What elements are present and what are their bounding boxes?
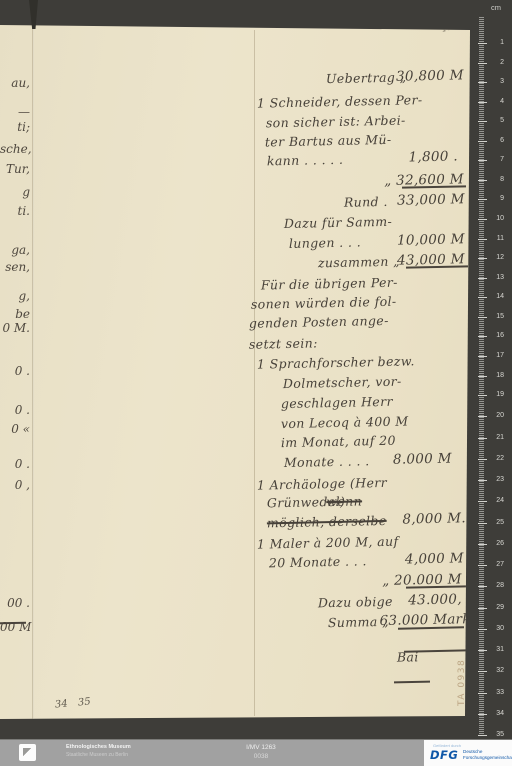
manuscript-line-text: im Monat, auf 20 (281, 433, 396, 450)
ruler-cm-number: 13 (487, 274, 504, 281)
ruler-cm-number: 3 (487, 78, 504, 85)
manuscript-line-text: Rund . (344, 194, 388, 210)
ruler-cm-tick (478, 102, 487, 103)
manuscript-line-text: 1 Maler à 200 M, auf (257, 534, 399, 552)
ruler-cm-tick (478, 416, 487, 417)
manuscript-line-text: Dazu für Samm- (284, 214, 393, 231)
ruler-cm-number: 21 (487, 434, 504, 441)
ruler-cm-tick (478, 544, 487, 545)
manuscript-struck-text: möglich, derselbe (267, 513, 387, 531)
footer-bar: Ethnologisches Museum Staatliche Museen … (0, 739, 512, 766)
ruler-cm-number: 1 (487, 39, 504, 46)
ruler-cm-tick (478, 356, 487, 357)
ruler-cm-tick (478, 459, 487, 460)
dfg-abbr: DFG (430, 748, 458, 762)
ruler-cm-tick (478, 199, 487, 200)
ruler-cm-number: 34 (487, 710, 504, 717)
manuscript-line-text: Uebertrag „ (326, 69, 407, 86)
manuscript-line-text: son sicher ist: Arbei- (266, 113, 406, 131)
manuscript-amount: 43.000, (408, 591, 462, 608)
ruler-cm-number: 8 (487, 176, 504, 183)
manuscript-amount: 8,000 M. (402, 510, 466, 527)
ruler-cm-tick (478, 565, 487, 566)
ruler-cm-tick (478, 63, 487, 64)
ruler-cm-tick (478, 693, 487, 694)
ruler-cm-number: 6 (487, 137, 504, 144)
ruler-cm-number: 23 (487, 476, 504, 483)
ruler-cm-tick (478, 438, 487, 439)
ruler-cm-number: 12 (487, 254, 504, 261)
ruler-cm-number: 32 (487, 667, 504, 674)
ruler-cm-tick (478, 160, 487, 161)
manuscript-line-text: 1 Archäologe (Herr (257, 475, 387, 493)
ruler-cm-tick (478, 629, 487, 630)
ruler-cm-number: 27 (487, 561, 504, 568)
ruler-cm-number: 19 (487, 391, 504, 398)
ruler-cm-tick (478, 735, 487, 736)
manuscript-line-text: kann . . . . . (267, 152, 344, 169)
ruler-cm-tick (478, 121, 487, 122)
manuscript-line-text: von Lecoq à 400 M (281, 413, 409, 431)
cm-ruler: cm 1234567891011121314151617181920212223… (478, 0, 512, 740)
pencil-page-number-right: 35 (77, 696, 91, 708)
manuscript-line-text: 1 Schneider, dessen Per- (257, 92, 423, 110)
folio-number-pencil: 19. (440, 20, 458, 35)
ruler-cm-number: 18 (487, 372, 504, 379)
manuscript-amount: 4,000 M (405, 550, 464, 567)
ruler-cm-number: 9 (487, 195, 504, 202)
binding-notch (29, 0, 38, 29)
manuscript-amount: 10,000 M (397, 231, 465, 248)
ruler-cm-tick (478, 82, 487, 83)
ruler-cm-tick (478, 523, 487, 524)
ruler-cm-number: 35 (487, 731, 504, 738)
manuscript-line-text: genden Posten ange- (249, 313, 389, 331)
scan-viewport: au,—ti;sche,Tur,gti.ga,sen,g,be0 M.0 .0 … (0, 0, 512, 766)
ruler-cm-tick (478, 714, 487, 715)
manuscript-page: au,—ti;sche,Tur,gti.ga,sen,g,be0 M.0 .0 … (0, 0, 512, 740)
manuscript-line-text: setzt sein: (249, 335, 318, 351)
ruler-cm-tick (478, 608, 487, 609)
ruler-cm-number: 10 (487, 215, 504, 222)
ruler-cm-number: 22 (487, 455, 504, 462)
manuscript-line-text: sonen würden die fol- (251, 294, 397, 312)
manuscript-line-text: geschlagen Herr (281, 394, 393, 411)
ruler-cm-tick (478, 297, 487, 298)
ruler-cm-number: 28 (487, 582, 504, 589)
ruler-cm-tick (478, 480, 487, 481)
manuscript-line-text: ter Bartus aus Mü- (265, 132, 392, 150)
ruler-cm-tick (478, 219, 487, 220)
ruler-cm-number: 5 (487, 117, 504, 124)
ruler-cm-number: 26 (487, 540, 504, 547)
manuscript-amount: 1,800 . (408, 148, 458, 165)
ruler-cm-number: 24 (487, 497, 504, 504)
dfg-logo: Gefördert durch DFG Deutsche Forschungsg… (424, 740, 512, 766)
manuscript-struck-text: wenn (326, 493, 362, 509)
ruler-cm-tick (478, 278, 487, 279)
ruler-cm-tick (478, 180, 487, 181)
ruler-cm-tick (478, 395, 487, 396)
ruler-cm-number: 11 (487, 235, 504, 242)
ruler-cm-tick (478, 336, 487, 337)
archive-number-vertical: TA 0938 (457, 659, 467, 706)
ruler-cm-number: 2 (487, 59, 504, 66)
ruler-cm-number: 20 (487, 412, 504, 419)
ruler-unit-label: cm (491, 3, 501, 12)
ruler-cm-number: 33 (487, 689, 504, 696)
dfg-full-name: Deutsche Forschungsgemeinschaft (463, 749, 512, 761)
pencil-page-number-left: 34 (54, 698, 68, 710)
manuscript-amount: 30,800 M (396, 67, 464, 84)
manuscript-line: Bai (0, 648, 470, 678)
ruler-cm-tick (478, 43, 487, 44)
manuscript-line-text: Dolmetscher, vor- (283, 374, 402, 391)
ruler-cm-tick (478, 501, 487, 502)
manuscript-line-text: zusammen „ (318, 254, 400, 271)
manuscript-line-text: Monate . . . . (284, 453, 370, 470)
manuscript-line-text: 1 Sprachforscher bezw. (257, 353, 415, 371)
ruler-cm-tick (478, 671, 487, 672)
ruler-cm-number: 4 (487, 98, 504, 105)
ruler-cm-number: 31 (487, 646, 504, 653)
ruler-cm-number: 14 (487, 293, 504, 300)
ruler-cm-tick (478, 317, 487, 318)
dfg-name-line2: Forschungsgemeinschaft (463, 755, 512, 761)
manuscript-line-text: Für die übrigen Per- (261, 275, 398, 293)
ruler-cm-tick (478, 239, 487, 240)
ruler-cm-number: 7 (487, 156, 504, 163)
manuscript-line-text: lungen . . . (289, 234, 362, 251)
ruler-cm-tick (478, 258, 487, 259)
ruler-cm-tick (478, 141, 487, 142)
ruler-cm-tick (478, 650, 487, 651)
ruler-cm-number: 16 (487, 332, 504, 339)
ruler-cm-number: 15 (487, 313, 504, 320)
ruler-cm-tick (478, 376, 487, 377)
manuscript-amount: 8.000 M (393, 451, 452, 468)
ruler-cm-number: 17 (487, 352, 504, 359)
ruler-cm-number: 25 (487, 519, 504, 526)
manuscript-line-text: 20 Monate . . . (269, 553, 367, 570)
ruler-cm-tick (478, 586, 487, 587)
manuscript-line-text: Dazu obige (318, 594, 393, 611)
ruler-cm-number: 29 (487, 604, 504, 611)
manuscript-amount: 33,000 M (397, 191, 465, 208)
sum-underline (394, 681, 430, 683)
ruler-cm-number: 30 (487, 625, 504, 632)
